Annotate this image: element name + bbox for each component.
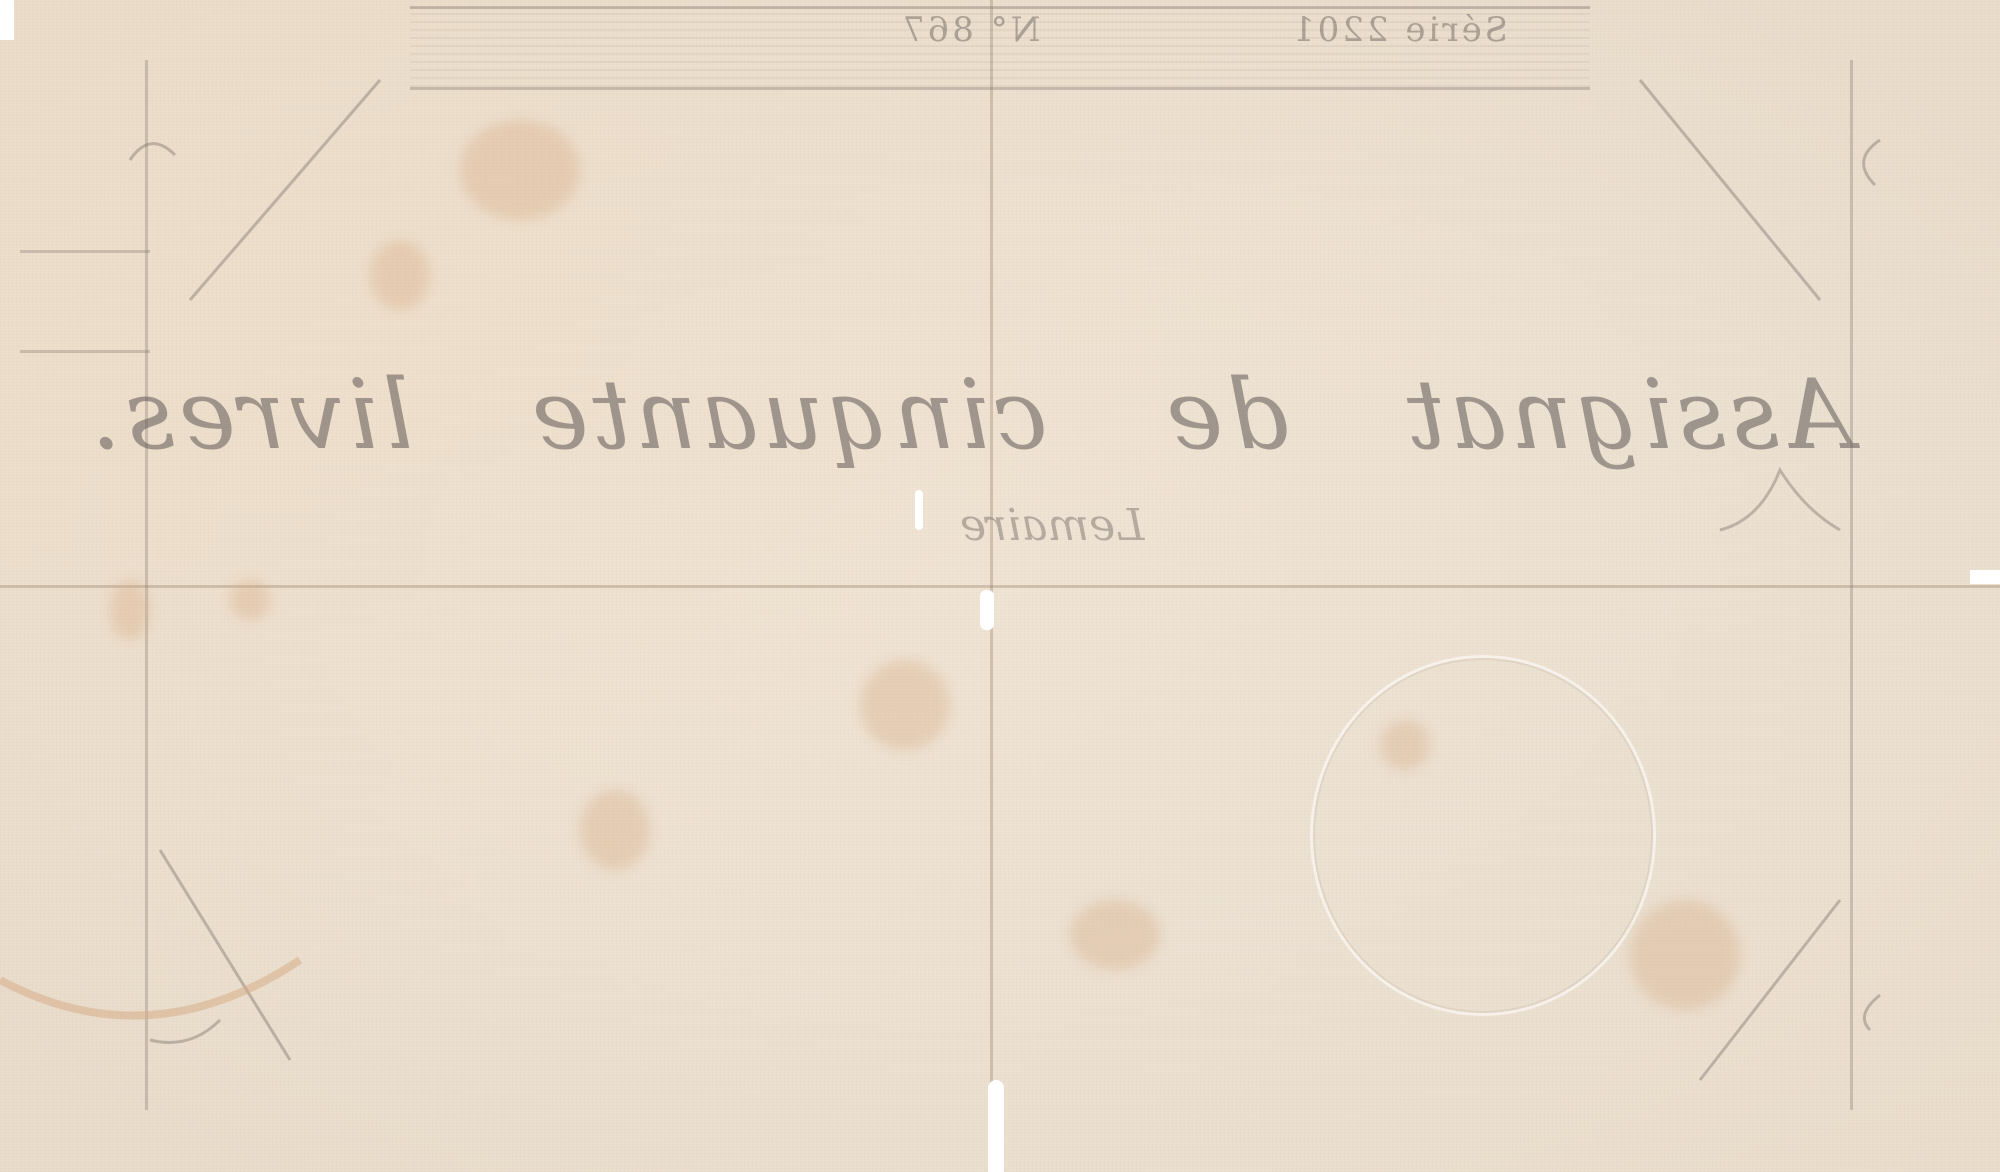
oval-dry-seal [1310, 655, 1656, 1016]
title-word-2: de [1162, 359, 1288, 471]
tear-bottom-center [988, 1080, 1004, 1172]
fold-line-horizontal [0, 585, 2000, 588]
stain [230, 580, 270, 620]
corner-flourish-tr [1864, 140, 1880, 185]
signature: Lemaire [960, 500, 1144, 551]
stain [460, 120, 580, 220]
diagonal-top-right [1640, 80, 1820, 300]
stain [580, 790, 650, 870]
corner-ornament-right [1720, 470, 1840, 530]
diagonal-top-left [190, 80, 380, 300]
tear-upper-center [915, 490, 923, 530]
stain [110, 580, 150, 640]
diagonal-bottom-left [160, 850, 290, 1060]
corner-edge-top-left [0, 0, 14, 40]
bottom-left-stain-curve [0, 960, 300, 1016]
corner-flourish-br [1864, 995, 1880, 1030]
stain [370, 240, 430, 310]
stain [1070, 900, 1160, 970]
stain [1630, 900, 1740, 1010]
title-word-1: Assignat [1403, 359, 1853, 471]
show-through-title: Assignat de cinquante livres. [90, 360, 1850, 470]
mirrored-title-wrapper: Assignat de cinquante livres. [47, 359, 1893, 471]
title-word-3: cinquante [528, 359, 1048, 471]
stain [1380, 720, 1430, 770]
corner-flourish-tl [130, 144, 175, 160]
tear-right-edge [1970, 570, 2000, 584]
stain [860, 660, 950, 750]
signature-text: Lemaire [960, 500, 1144, 551]
title-word-4: livres. [87, 359, 413, 471]
corner-flourish-bl [150, 1020, 220, 1043]
tear-center-fold [980, 590, 994, 630]
